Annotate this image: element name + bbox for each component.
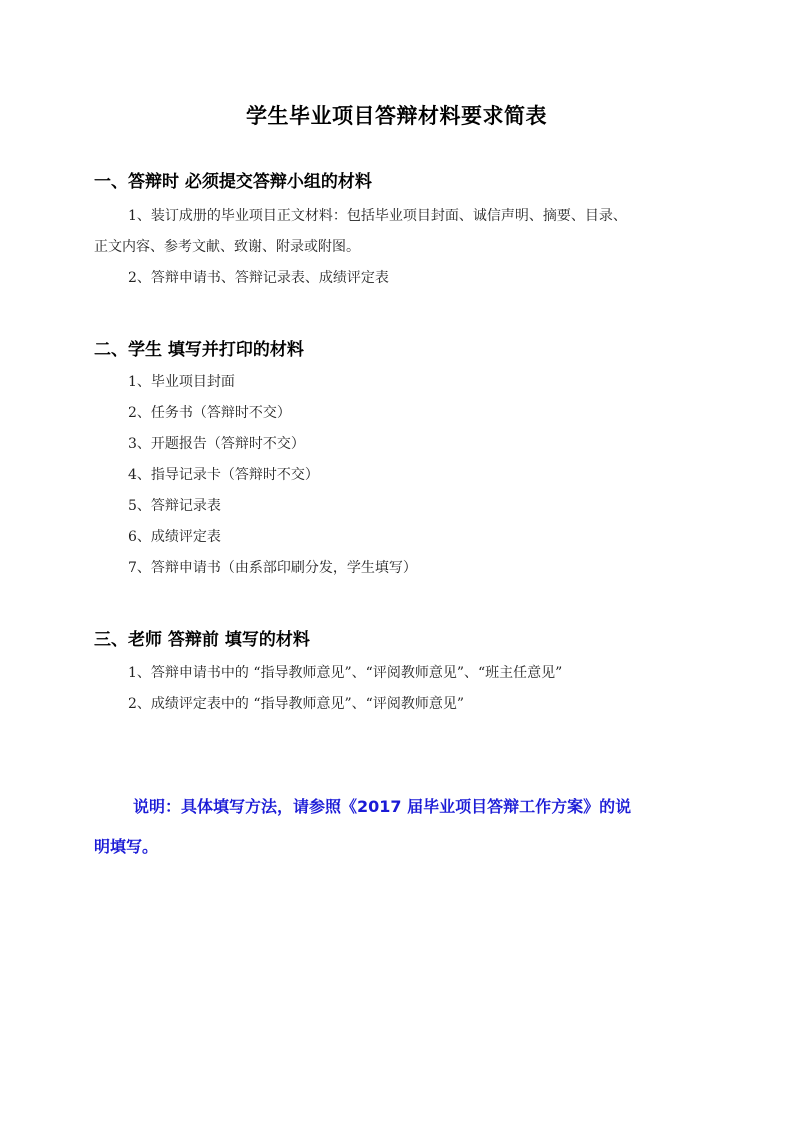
note-text-continued: 明填写。 [94, 834, 158, 857]
section-heading-teacher: 三、老师 答辩前 填写的材料 [94, 625, 310, 650]
list-item: 1、答辩申请书中的 “指导教师意见”、“评阅教师意见”、“班主任意见” [128, 663, 562, 683]
list-item: 2、答辩申请书、答辩记录表、成绩评定表 [128, 268, 389, 288]
list-item: 1、毕业项目封面 [128, 372, 235, 392]
section-heading-submit: 一、答辩时 必须提交答辩小组的材料 [94, 167, 372, 192]
list-item: 正文内容、参考文献、致谢、附录或附图。 [94, 237, 360, 257]
list-item: 7、答辩申请书（由系部印刷分发，学生填写） [128, 558, 417, 578]
list-item: 3、开题报告（答辩时不交） [128, 434, 305, 454]
list-item: 1、装订成册的毕业项目正文材料：包括毕业项目封面、诚信声明、摘要、目录、 [128, 206, 627, 226]
list-item: 2、任务书（答辩时不交） [128, 403, 291, 423]
list-item: 4、指导记录卡（答辩时不交） [128, 465, 319, 485]
list-item: 5、答辩记录表 [128, 496, 221, 516]
note-text: 说明：具体填写方法，请参照《2017 届毕业项目答辩工作方案》的说 [133, 794, 631, 817]
section-heading-student: 二、学生 填写并打印的材料 [94, 335, 304, 360]
page-title: 学生毕业项目答辩材料要求简表 [0, 100, 793, 130]
list-item: 6、成绩评定表 [128, 527, 221, 547]
document-page: 学生毕业项目答辩材料要求简表 一、答辩时 必须提交答辩小组的材料 1、装订成册的… [0, 0, 793, 1122]
list-item: 2、成绩评定表中的 “指导教师意见”、“评阅教师意见” [128, 694, 464, 714]
